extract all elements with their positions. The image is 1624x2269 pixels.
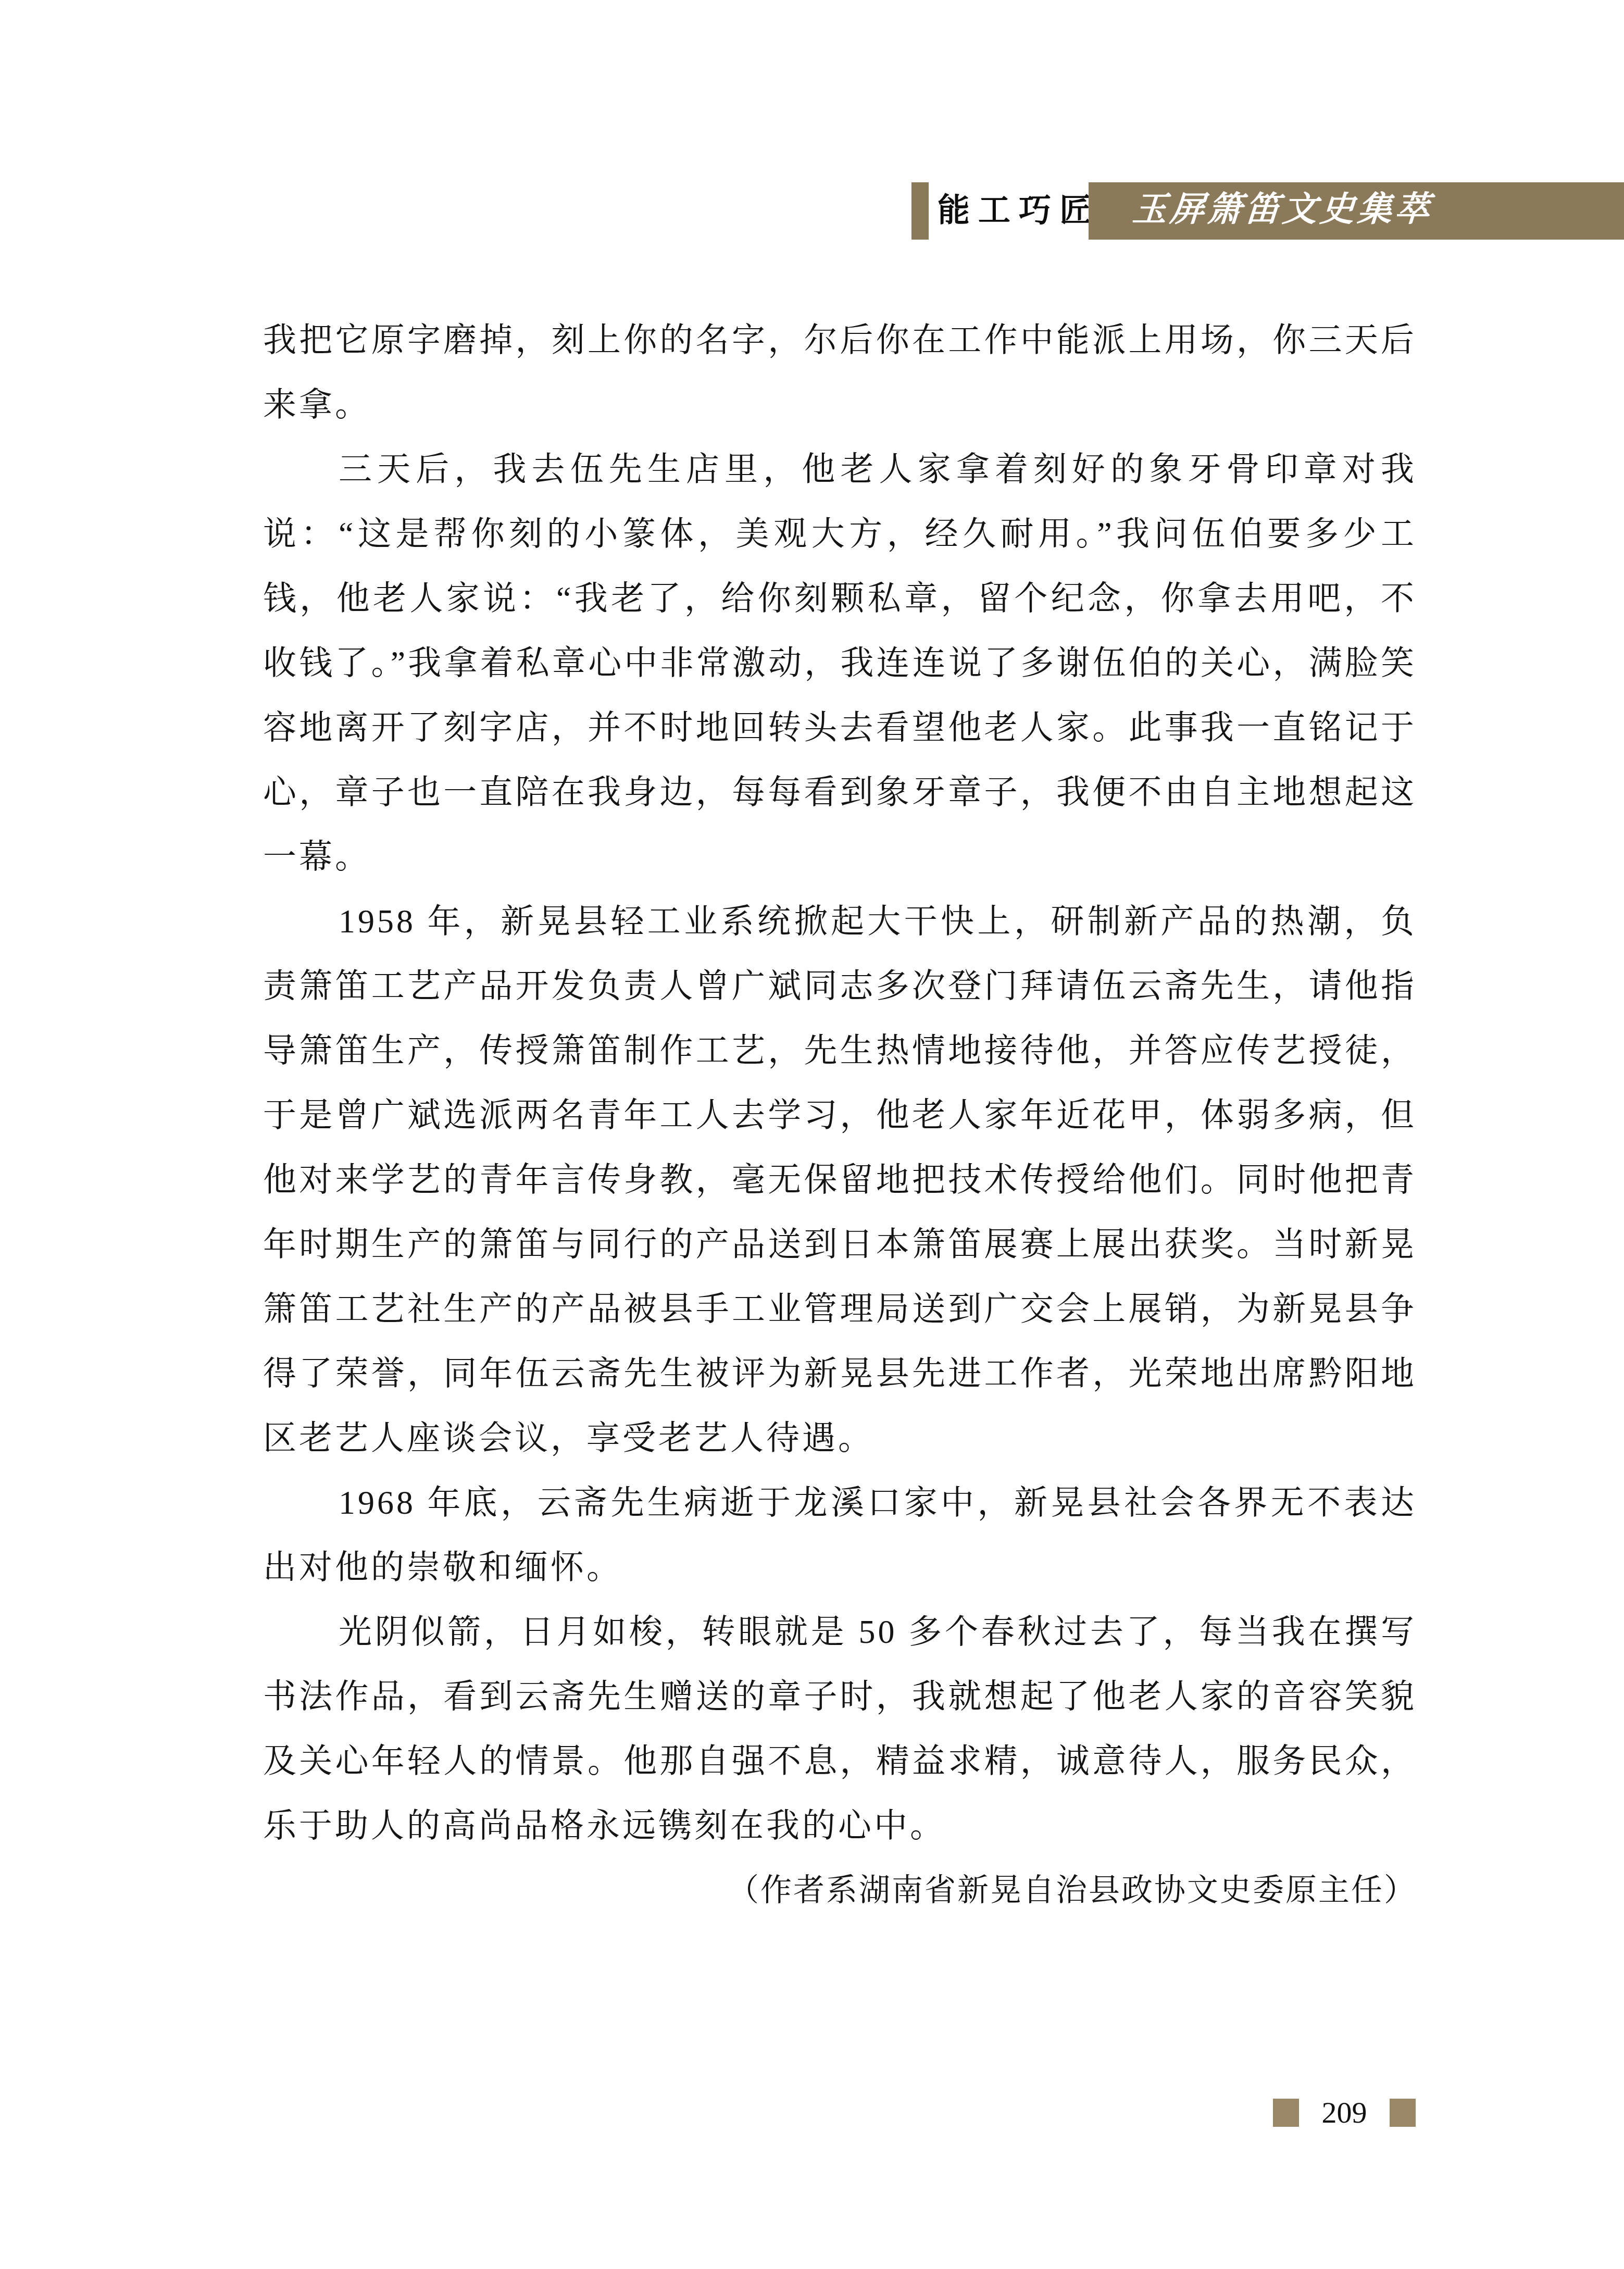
footer-square-left [1273, 2099, 1299, 2127]
header-title-band: 玉屏箫笛文史集萃 [1089, 182, 1624, 240]
section-title: 能工巧匠 [938, 182, 1100, 240]
page-number: 209 [1322, 2098, 1367, 2127]
paragraph-1958: 1958 年，新晃县轻工业系统掀起大干快上，研制新产品的热潮，负责箫笛工艺产品开… [263, 889, 1417, 1470]
paragraph-conclusion: 光阴似箭，日月如梭，转眼就是 50 多个春秋过去了，每当我在撰写书法作品，看到云… [263, 1600, 1417, 1858]
author-attribution: （作者系湖南省新晃自治县政协文史委原主任） [263, 1858, 1417, 1923]
paragraph-continuation: 我把它原字磨掉，刻上你的名字，尔后你在工作中能派上用场，你三天后来拿。 [263, 308, 1417, 437]
page-footer: 209 [1273, 2098, 1416, 2127]
paragraph-three-days-later: 三天后，我去伍先生店里，他老人家拿着刻好的象牙骨印章对我说：“这是帮你刻的小篆体… [263, 437, 1417, 889]
header-accent-bar [911, 182, 929, 240]
collection-title-calligraphy: 玉屏箫笛文史集萃 [1130, 182, 1434, 240]
footer-square-right [1390, 2099, 1416, 2127]
book-page: 能工巧匠 玉屏箫笛文史集萃 我把它原字磨掉，刻上你的名字，尔后你在工作中能派上用… [0, 0, 1624, 2269]
paragraph-1968: 1968 年底，云斋先生病逝于龙溪口家中，新晃县社会各界无不表达出对他的崇敬和缅… [263, 1470, 1417, 1600]
body-text: 我把它原字磨掉，刻上你的名字，尔后你在工作中能派上用场，你三天后来拿。 三天后，… [263, 308, 1417, 1923]
